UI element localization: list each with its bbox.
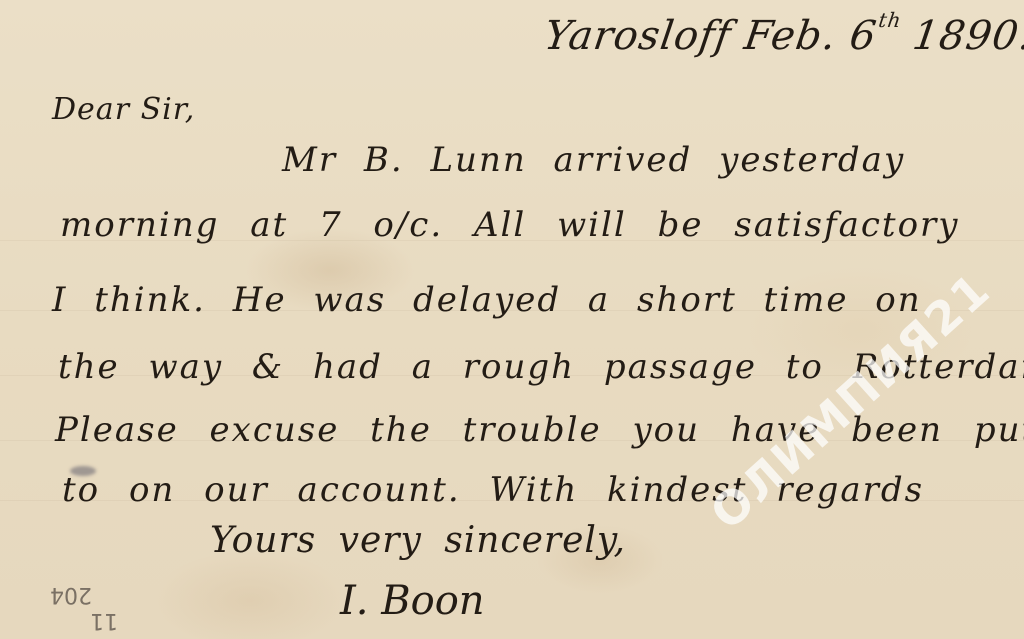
dateline-ordinal: th bbox=[877, 8, 903, 32]
postcard: Yarosloff Feb. 6th 1890. Dear Sir, Mr B.… bbox=[0, 0, 1024, 639]
dateline-date: Feb. 6 bbox=[742, 13, 880, 59]
pencil-annotation-mark: 11 bbox=[90, 608, 118, 633]
dateline: Yarosloff Feb. 6th 1890. bbox=[541, 8, 1024, 59]
signature: I. Boon bbox=[340, 578, 485, 624]
body-line-2: morning at 7 o/c. All will be satisfacto… bbox=[60, 205, 960, 245]
dateline-place: Yarosloff bbox=[541, 13, 734, 59]
dateline-year: 1890. bbox=[910, 13, 1024, 59]
body-line-5: Please excuse the trouble you have been … bbox=[55, 410, 1024, 450]
pencil-annotation-number: 204 bbox=[50, 582, 92, 607]
salutation: Dear Sir, bbox=[52, 92, 195, 127]
body-line-3: I think. He was delayed a short time on bbox=[52, 280, 922, 320]
ink-blot bbox=[70, 466, 96, 476]
body-line-1: Mr B. Lunn arrived yesterday bbox=[282, 140, 905, 180]
closing: Yours very sincerely, bbox=[210, 520, 626, 561]
